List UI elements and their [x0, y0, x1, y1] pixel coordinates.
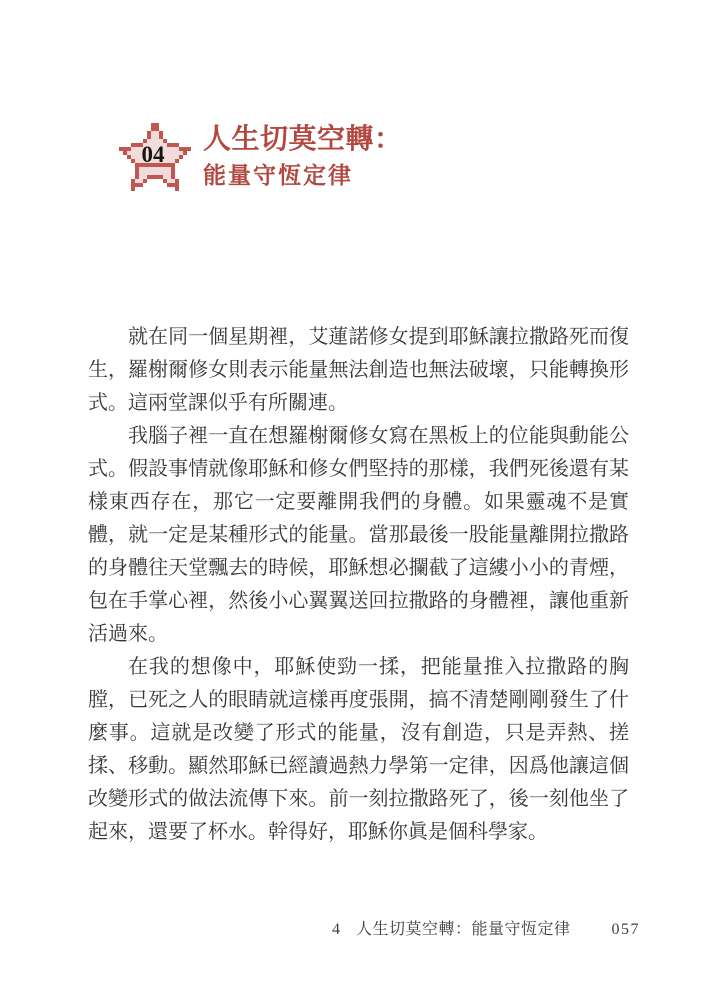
body-text: 就在同一個星期裡，艾蓮諾修女提到耶穌讓拉撒路死而復生，羅榭爾修女則表示能量無法創… [88, 321, 629, 849]
footer-page-number: 057 [612, 921, 641, 939]
chapter-title: 人生切莫空轉： [203, 123, 403, 154]
chapter-titles: 人生切莫空轉： 能量守恆定律 [203, 123, 403, 187]
chapter-number: 04 [115, 143, 191, 166]
book-page: 04 人生切莫空轉： 能量守恆定律 就在同一個星期裡，艾蓮諾修女提到耶穌讓拉撒路… [0, 0, 711, 1000]
pixel-star-icon: 04 [115, 119, 195, 191]
chapter-subtitle: 能量守恆定律 [203, 163, 403, 187]
body-paragraph: 就在同一個星期裡，艾蓮諾修女提到耶穌讓拉撒路死而復生，羅榭爾修女則表示能量無法創… [88, 321, 629, 420]
footer-chapter-number: 4 [332, 921, 341, 939]
footer-chapter-title: 人生切莫空轉：能量守恆定律 [356, 916, 571, 939]
body-paragraph: 在我的想像中，耶穌使勁一揉，把能量推入拉撒路的胸膛，已死之人的眼睛就這樣再度張開… [88, 651, 629, 849]
body-paragraph: 我腦子裡一直在想羅榭爾修女寫在黑板上的位能與動能公式。假設事情就像耶穌和修女們堅… [88, 420, 629, 651]
page-footer: 4 人生切莫空轉：能量守恆定律 057 [332, 916, 640, 939]
